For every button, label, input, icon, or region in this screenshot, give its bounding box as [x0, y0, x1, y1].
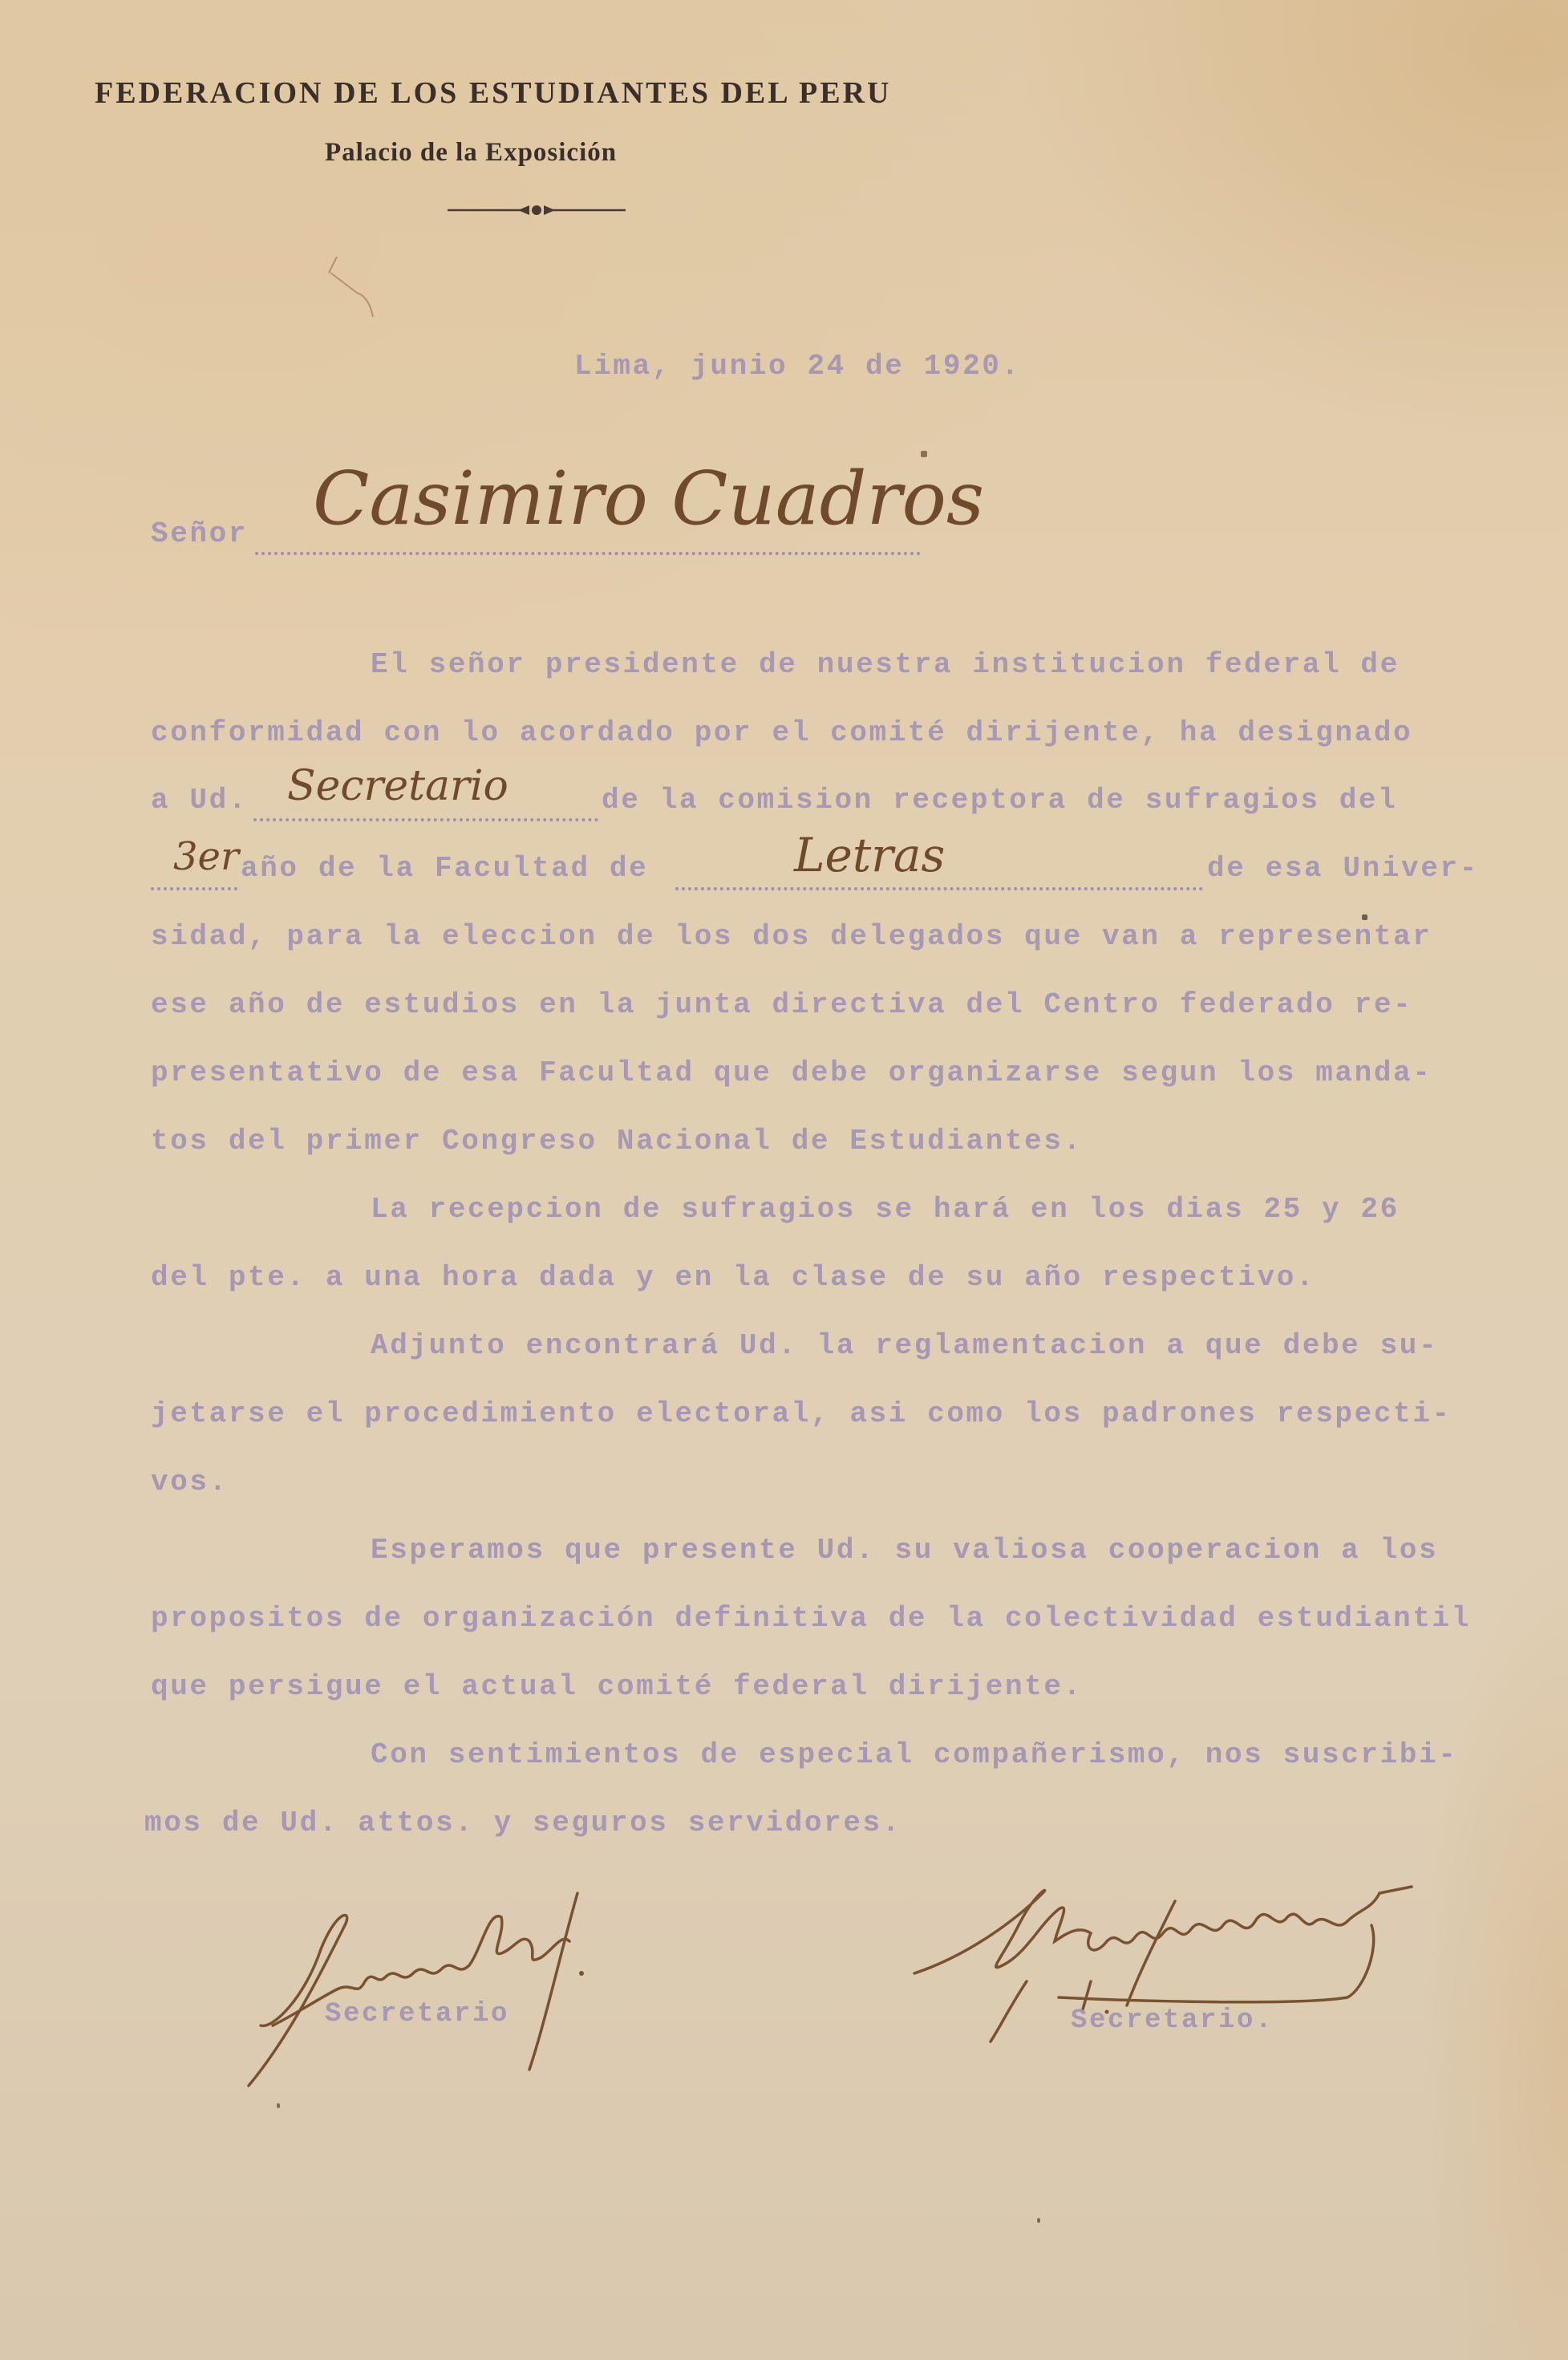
body-line-17: Con sentimientos de especial compañerism… — [371, 1738, 1457, 1771]
body-line-6: ese año de estudios en la junta directiv… — [151, 988, 1412, 1021]
body-line-11: Adjunto encontrará Ud. la reglamentacion… — [371, 1329, 1438, 1362]
paper-speck — [921, 451, 927, 457]
body-line-13: vos. — [151, 1466, 229, 1498]
body-line-4-suffix: de esa Univer- — [1207, 852, 1479, 885]
signature-left-title: Secretario — [325, 1999, 509, 2030]
body-line-5: sidad, para la eleccion de los dos deleg… — [151, 920, 1432, 953]
body-line-10: del pte. a una hora dada y en la clase d… — [151, 1261, 1315, 1294]
body-line-9: La recepcion de sufragios se hará en los… — [371, 1193, 1400, 1226]
faculty-field-line — [675, 887, 1203, 890]
body-line-7: presentativo de esa Facultad que debe or… — [151, 1056, 1432, 1089]
year-field-line — [151, 887, 237, 890]
date-line: Lima, junio 24 de 1920. — [574, 350, 1021, 383]
signature-right-title: Secretario. — [1071, 2005, 1274, 2036]
body-line-3-suffix: de la comision receptora de sufragios de… — [602, 784, 1397, 817]
divider-ornament-icon — [448, 202, 626, 218]
body-line-12: jetarse el procedimiento electoral, asi … — [151, 1397, 1452, 1430]
recipient-field-line — [255, 552, 921, 555]
salutation-label: Señor — [151, 517, 248, 550]
body-line-4-mid: año de la Facultad de — [241, 852, 648, 885]
body-line-18: mos de Ud. attos. y seguros servidores. — [144, 1806, 901, 1839]
body-line-2: conformidad con lo acordado por el comit… — [151, 716, 1412, 749]
body-line-16: que persigue el actual comité federal di… — [151, 1670, 1083, 1703]
paper-speck — [277, 2103, 280, 2108]
recipient-name-handwritten: Casimiro Cuadros — [313, 456, 984, 541]
paper-speck — [1362, 914, 1367, 920]
body-line-3-prefix: a Ud. — [151, 784, 248, 817]
letterhead-organization: FEDERACION DE LOS ESTUDIANTES DEL PERU — [95, 75, 891, 111]
letterhead-address: Palacio de la Exposición — [325, 138, 617, 168]
paper-speck — [1037, 2218, 1040, 2223]
faculty-handwritten: Letras — [794, 828, 945, 882]
body-line-8: tos del primer Congreso Nacional de Estu… — [151, 1125, 1083, 1158]
position-field-line — [253, 818, 598, 821]
body-line-14: Esperamos que presente Ud. su valiosa co… — [371, 1534, 1438, 1567]
year-handwritten: 3er — [173, 834, 239, 879]
body-line-15: propositos de organización definitiva de… — [151, 1602, 1471, 1635]
body-line-1: El señor presidente de nuestra instituci… — [371, 648, 1400, 681]
position-handwritten: Secretario — [287, 762, 508, 810]
signature-left-handwritten — [225, 1877, 658, 2102]
pen-mark-icon — [321, 249, 401, 321]
